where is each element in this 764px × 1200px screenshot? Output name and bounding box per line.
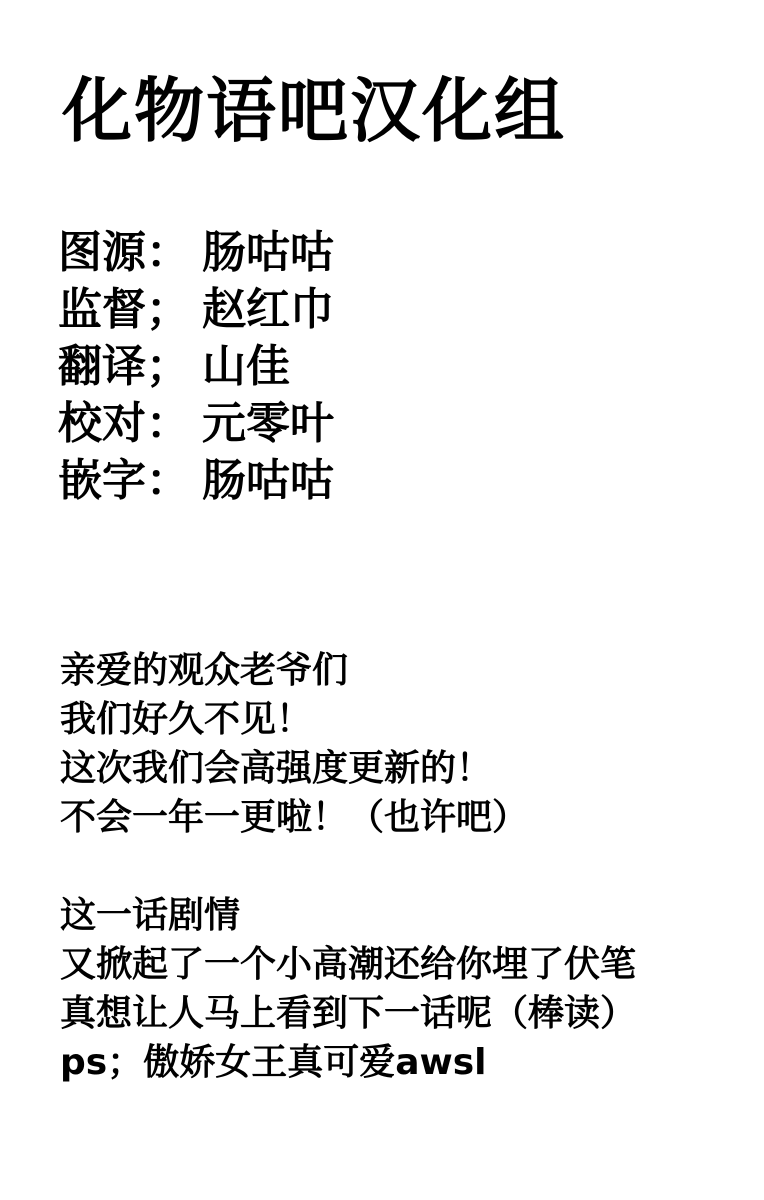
credit-role: 嵌字： [58,452,202,509]
credit-row-proofreader: 校对： 元零叶 [58,395,334,452]
credit-name: 赵红巾 [202,281,334,338]
message-line: 又掀起了一个小高潮还给你埋了伏笔 [60,940,636,989]
credit-role: 图源： [58,224,202,281]
message-line: ps；傲娇女王真可爱awsl [60,1038,636,1087]
credit-role: 校对： [58,395,202,452]
credit-row-supervisor: 监督； 赵红巾 [58,281,334,338]
message-line: 亲爱的观众老爷们 [60,646,636,695]
credit-name: 山佳 [202,338,290,395]
credit-name: 肠咕咕 [202,224,334,281]
message-line: 这一话剧情 [60,891,636,940]
credit-role: 翻译； [58,338,202,395]
paragraph-spacer [60,842,636,891]
message-line: 真想让人马上看到下一话呢（棒读） [60,989,636,1038]
credits-list: 图源： 肠咕咕 监督； 赵红巾 翻译； 山佳 校对： 元零叶 嵌字： 肠咕咕 [58,224,334,509]
group-title: 化物语吧汉化组 [62,66,566,156]
message-block: 亲爱的观众老爷们 我们好久不见！ 这次我们会高强度更新的！ 不会一年一更啦！（也… [60,646,636,1087]
credit-role: 监督； [58,281,202,338]
credit-row-typesetter: 嵌字： 肠咕咕 [58,452,334,509]
credit-row-translator: 翻译； 山佳 [58,338,334,395]
credit-name: 元零叶 [202,395,334,452]
credit-name: 肠咕咕 [202,452,334,509]
message-line: 我们好久不见！ [60,695,636,744]
credit-row-source: 图源： 肠咕咕 [58,224,334,281]
message-line: 这次我们会高强度更新的！ [60,744,636,793]
message-line: 不会一年一更啦！（也许吧） [60,793,636,842]
